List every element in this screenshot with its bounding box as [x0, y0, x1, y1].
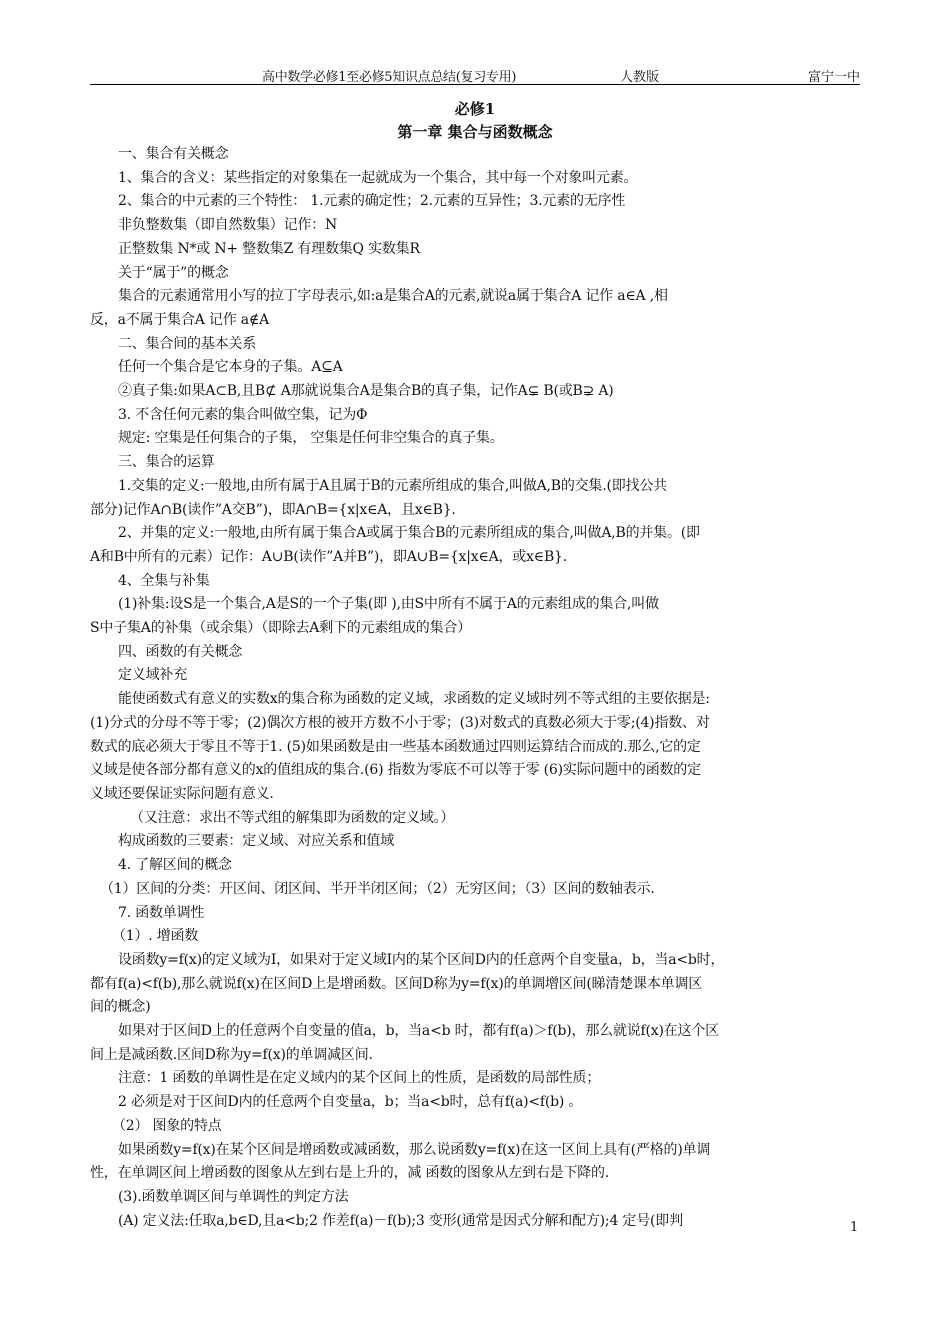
book-title: 必修1 — [0, 98, 950, 119]
chapter-title: 第一章 集合与函数概念 — [0, 121, 950, 142]
text-line: 4. 了解区间的概念 — [90, 854, 862, 878]
text-line: 1.交集的定义:一般地,由所有属于A且属于B的元素所组成的集合,叫做A,B的交集… — [90, 475, 862, 499]
text-line: 关于“属于”的概念 — [90, 262, 862, 286]
text-line: 数式的底必须大于零且不等于1. (5)如果函数是由一些基本函数通过四则运算结合而… — [90, 736, 862, 760]
text-line: 正整数集 N*或 N+ 整数集Z 有理数集Q 实数集R — [90, 238, 862, 262]
text-line: 如果函数y=f(x)在某个区间是增函数或减函数，那么说函数y=f(x)在这一区间… — [90, 1139, 862, 1163]
text-line: (A) 定义法:任取a,b∈D,且a<b;2 作差f(a)－f(b);3 变形(… — [90, 1210, 862, 1234]
header-document-title: 高中数学必修1至必修5知识点总结(复习专用) — [262, 66, 516, 85]
text-line: 7. 函数单调性 — [90, 902, 862, 926]
text-line: 任何一个集合是它本身的子集。A⊆A — [90, 356, 862, 380]
text-line: （1）. 增函数 — [90, 925, 862, 949]
text-line: 规定: 空集是任何集合的子集， 空集是任何非空集合的真子集。 — [90, 427, 862, 451]
text-line: 能使函数式有意义的实数x的集合称为函数的定义域，求函数的定义域时列不等式组的主要… — [90, 688, 862, 712]
text-line: 2、并集的定义:一般地,由所有属于集合A或属于集合B的元素所组成的集合,叫做A,… — [90, 522, 862, 546]
text-line: 性，在单调区间上增函数的图象从左到右是上升的，减 函数的图象从左到右是下降的. — [90, 1162, 862, 1186]
text-line: S中子集A的补集（或余集）（即除去A剩下的元素组成的集合） — [90, 617, 862, 641]
text-line: (1)分式的分母不等于零；(2)偶次方根的被开方数不小于零；(3)对数式的真数必… — [90, 712, 862, 736]
text-line: 都有f(a)<f(b),那么就说f(x)在区间D上是增函数。区间D称为y=f(x… — [90, 973, 862, 997]
text-line: A和B中所有的元素）记作：A∪B(读作”A并B”)，即A∪B={x|x∈A，或x… — [90, 546, 862, 570]
text-line: 集合的元素通常用小写的拉丁字母表示,如:a是集合A的元素,就说a属于集合A 记作… — [90, 285, 862, 309]
page-header: 高中数学必修1至必修5知识点总结(复习专用) 人教版 富宁一中 — [90, 64, 860, 85]
text-line: 非负整数集（即自然数集）记作：N — [90, 214, 862, 238]
text-line: 如果对于区间D上的任意两个自变量的值a，b，当a<b 时，都有f(a)＞f(b)… — [90, 1020, 862, 1044]
page-number: 1 — [850, 1220, 858, 1235]
text-line: 构成函数的三要素：定义域、对应关系和值域 — [90, 830, 862, 854]
text-line: (3).函数单调区间与单调性的判定方法 — [90, 1186, 862, 1210]
text-line: 一、集合有关概念 — [90, 143, 862, 167]
text-line: ②真子集:如果A⊂B,且B⊄ A那就说集合A是集合B的真子集，记作A⊊ B(或B… — [90, 380, 862, 404]
text-line: 反，a不属于集合A 记作 a∉A — [90, 309, 862, 333]
header-edition: 人教版 — [620, 66, 659, 85]
text-line: 间上是减函数.区间D称为y=f(x)的单调减区间. — [90, 1044, 862, 1068]
text-line: （2） 图象的特点 — [90, 1115, 862, 1139]
text-line: 1、集合的含义：某些指定的对象集在一起就成为一个集合，其中每一个对象叫元素。 — [90, 167, 862, 191]
text-line: 注意：1 函数的单调性是在定义域内的某个区间上的性质，是函数的局部性质； — [90, 1067, 862, 1091]
text-line: 2 必须是对于区间D内的任意两个自变量a，b；当a<b时，总有f(a)<f(b)… — [90, 1091, 862, 1115]
header-school: 富宁一中 — [808, 66, 860, 85]
text-line: 二、集合间的基本关系 — [90, 333, 862, 357]
text-line: 4、全集与补集 — [90, 570, 862, 594]
text-line: 四、函数的有关概念 — [90, 641, 862, 665]
text-line: 2、集合的中元素的三个特性： 1.元素的确定性；2.元素的互异性；3.元素的无序… — [90, 190, 862, 214]
text-line: 定义域补充 — [90, 664, 862, 688]
document-body: 一、集合有关概念1、集合的含义：某些指定的对象集在一起就成为一个集合，其中每一个… — [90, 143, 862, 1233]
text-line: 间的概念) — [90, 996, 862, 1020]
text-line: (1)补集:设S是一个集合,A是S的一个子集(即 ),由S中所有不属于A的元素组… — [90, 593, 862, 617]
text-line: 义域还要保证实际问题有意义. — [90, 783, 862, 807]
text-line: 三、集合的运算 — [90, 451, 862, 475]
text-line: 部分)记作A∩B(读作”A交B”)，即A∩B={x|x∈A，且x∈B}. — [90, 499, 862, 523]
text-line: 3. 不含任何元素的集合叫做空集，记为Φ — [90, 404, 862, 428]
text-line: 义域是使各部分都有意义的x的值组成的集合.(6) 指数为零底不可以等于零 (6)… — [90, 759, 862, 783]
text-line: 设函数y=f(x)的定义域为I，如果对于定义域I内的某个区间D内的任意两个自变量… — [90, 949, 862, 973]
text-line: （1）区间的分类：开区间、闭区间、半开半闭区间；（2）无穷区间；（3）区间的数轴… — [90, 878, 862, 902]
text-line: （又注意：求出不等式组的解集即为函数的定义域。） — [90, 807, 862, 831]
